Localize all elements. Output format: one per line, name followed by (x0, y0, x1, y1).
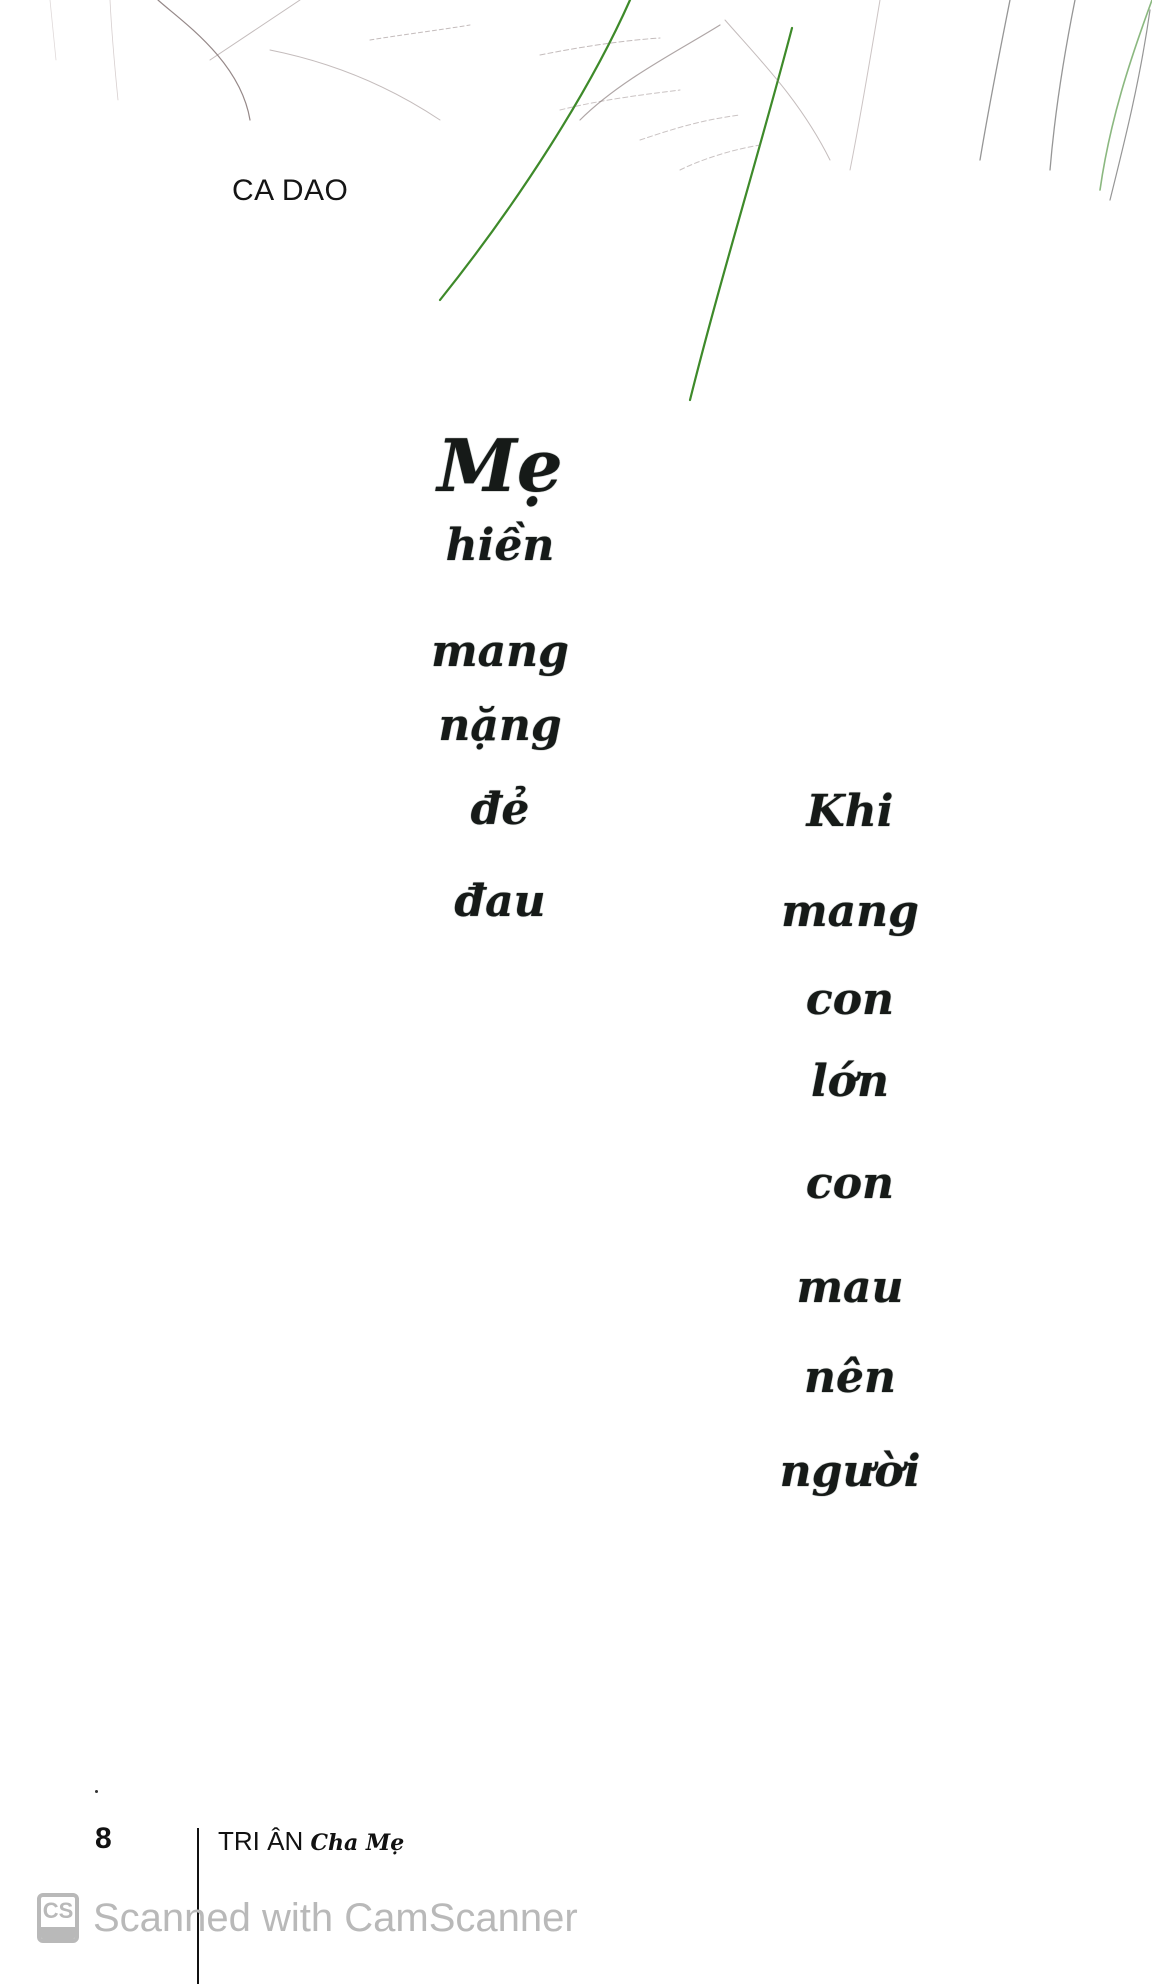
poem-word: Khi (807, 790, 894, 834)
poem-word: con (806, 1162, 894, 1206)
poem-word: nặng (438, 704, 561, 748)
poem-line-2: Khi mang con lớn con mau nên người (745, 790, 955, 1494)
section-label: CA DAO (232, 174, 348, 208)
camscanner-watermark: CS Scanned with CamScanner (37, 1893, 578, 1943)
poem-word: đau (454, 880, 545, 924)
poem-word: đẻ (471, 788, 530, 832)
camscanner-logo-icon: CS (37, 1893, 79, 1943)
book-title: TRI ÂN (218, 1826, 303, 1856)
poem-word: mang (431, 630, 569, 674)
poem-word: mang (781, 890, 919, 934)
book-title-script: Cha Mẹ (310, 1830, 404, 1856)
page-number: 8 (95, 1822, 112, 1856)
running-footer-title: TRI ÂN Cha Mẹ (218, 1826, 404, 1857)
poem-word: hiền (446, 524, 555, 568)
poem-line-1: Mẹ hiền mang nặng đẻ đau (400, 430, 600, 924)
grass-illustration (0, 0, 1152, 420)
watermark-text: Scanned with CamScanner (93, 1896, 578, 1941)
scan-speck (95, 1790, 98, 1793)
poem-word: nên (804, 1356, 896, 1400)
poem-word: người (780, 1450, 921, 1494)
poem-word: Mẹ (437, 430, 563, 502)
poem-word: lớn (811, 1060, 889, 1104)
poem-word: mau (796, 1266, 903, 1310)
poem-word: con (806, 978, 894, 1022)
